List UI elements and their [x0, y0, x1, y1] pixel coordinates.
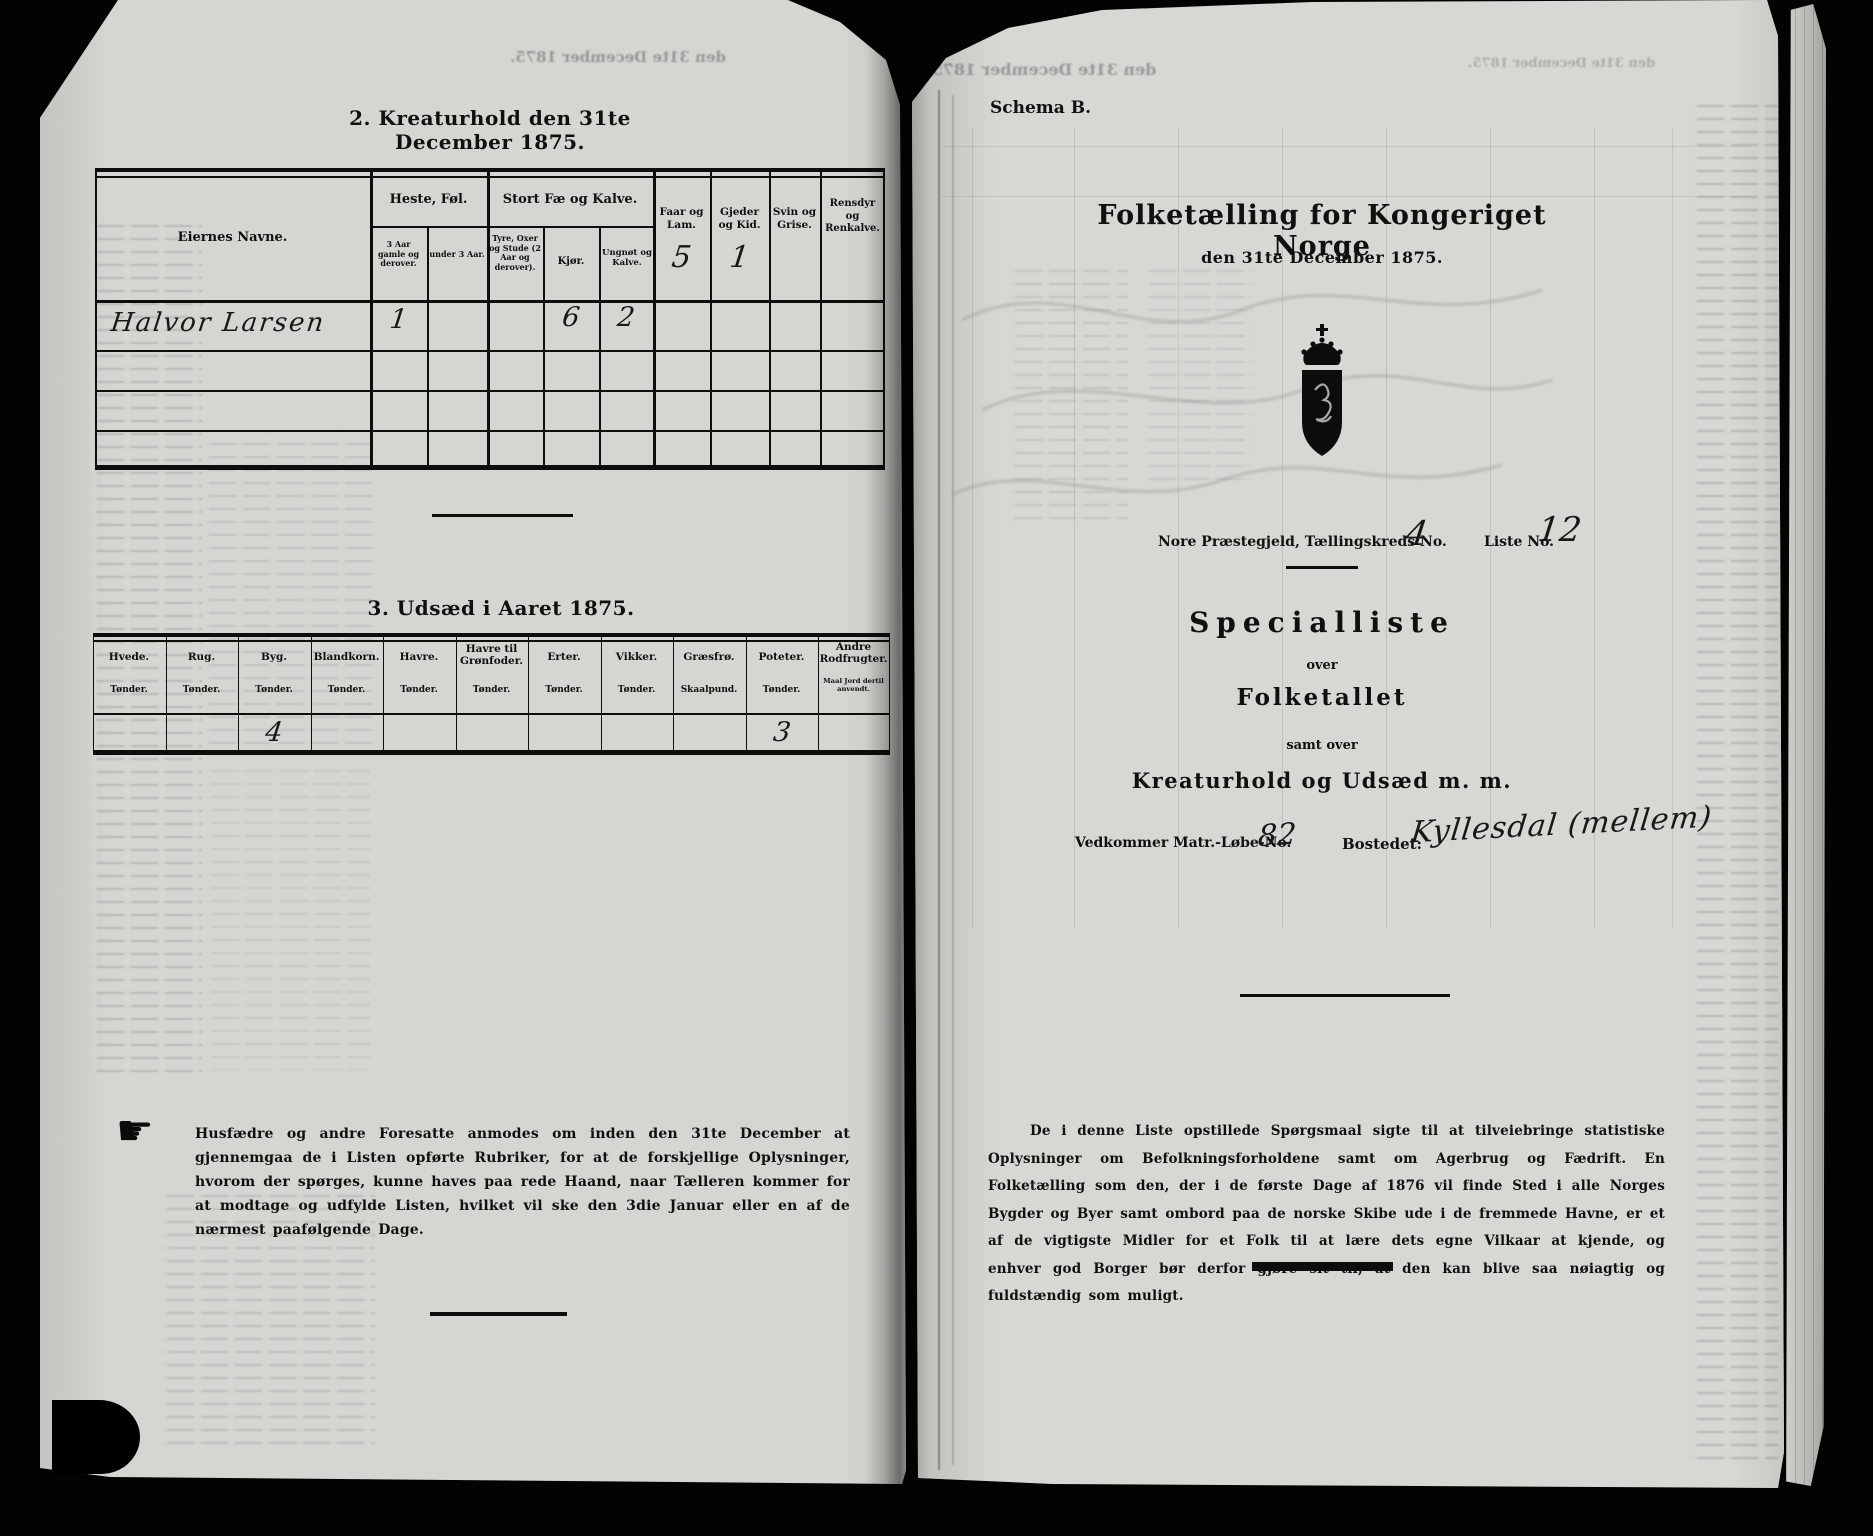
seed-col-name: Havre.	[383, 651, 455, 663]
bottom-thick-bar	[1252, 1262, 1393, 1271]
seed-col-unit: Tønder.	[383, 685, 455, 695]
seed-col-name: Poteter.	[746, 651, 818, 663]
cattle-group-header: Stort Fæ og Kalve.	[487, 192, 653, 207]
mid-page-rule	[1240, 994, 1450, 997]
seed-col-name: Hvede.	[93, 651, 165, 663]
cattle-sub-header: Kjør.	[543, 256, 599, 267]
schema-label: Schema B.	[990, 98, 1091, 118]
ghost-bleedthrough-text: den 31te December 1875.	[510, 48, 726, 66]
seed-col-name: Vikker.	[601, 651, 673, 663]
kreaturhold-heading: Kreaturhold og Udsæd m. m.	[1072, 768, 1572, 793]
ghost-bleedthrough-text: den 31te December 1875.	[1468, 56, 1655, 71]
handwritten-barley-value: 4	[236, 717, 312, 748]
sheep-column-header: Faar og Lam.	[655, 206, 708, 232]
right-page: den 31te December 1875. den 31te Decembe…	[912, 0, 1788, 1500]
seed-col-unit: Tønder.	[746, 685, 818, 695]
handwritten-cows-count: 6	[541, 302, 601, 333]
section-divider-rule	[432, 514, 573, 517]
bleedthrough-grid-line	[942, 146, 1752, 147]
book-scan: den 31te December 1875. 2. Kreaturhold d…	[0, 0, 1873, 1536]
cattle-sub-header: Ungnøt og Kalve.	[601, 248, 653, 268]
seed-col-unit: Tønder.	[456, 685, 528, 695]
samt-over-label: samt over	[1072, 738, 1572, 753]
grid-line	[427, 226, 429, 470]
seed-table-title: 3. Udsæd i Aaret 1875.	[301, 596, 701, 620]
page-curl-notch	[52, 1400, 140, 1474]
grid-line	[370, 226, 653, 228]
horse-sub-header: 3 Aar gamle og derover.	[372, 240, 425, 269]
handwritten-young-cattle-count: 2	[597, 302, 655, 333]
page-fold-line	[938, 90, 940, 1470]
grid-line	[95, 430, 885, 432]
handwritten-matrikkel-number: 82	[1257, 817, 1297, 855]
seed-col-name: Blandkorn.	[311, 651, 383, 663]
seed-col-unit: Tønder.	[93, 685, 165, 695]
pig-column-header: Svin og Grise.	[771, 206, 818, 232]
handwritten-residence-name: Kyllesdal (mellem)	[1409, 801, 1695, 851]
livestock-table-title: 2. Kreaturhold den 31te December 1875.	[290, 106, 690, 154]
seed-col-unit: Tønder.	[238, 685, 310, 695]
handwritten-horses-count: 1	[368, 304, 429, 335]
handwritten-list-number: 12	[1536, 510, 1584, 550]
grid-line	[95, 168, 97, 470]
coat-of-arms	[1290, 324, 1354, 472]
horse-sub-header: under 3 Aar.	[429, 250, 485, 260]
seed-col-name: Rug.	[166, 651, 238, 663]
grid-line	[93, 713, 890, 715]
grid-line	[93, 633, 890, 637]
handwritten-district-number: 4	[1404, 514, 1431, 554]
seed-col-unit: Tønder.	[166, 685, 238, 695]
handwritten-sheep-count: 5	[653, 240, 710, 275]
page-edge-stack	[1786, 4, 1826, 1486]
date-line: den 31te December 1875.	[1072, 248, 1572, 267]
info-paragraph: De i denne Liste opstillede Spørgsmaal s…	[988, 1118, 1665, 1311]
bleedthrough-grid-line	[942, 196, 1752, 197]
grid-line	[95, 350, 885, 352]
manicule-icon: ☛	[116, 1106, 154, 1155]
book-gutter-shadow	[866, 0, 930, 1500]
pen-stroke-line	[430, 1312, 567, 1316]
horse-group-header: Heste, Føl.	[370, 192, 487, 207]
seed-col-unit: Tønder.	[311, 685, 383, 695]
footer-note-text: Husfædre og andre Foresatte anmodes om i…	[195, 1122, 850, 1242]
seed-col-unit: Skaalpund.	[673, 685, 745, 695]
handwritten-owner-name: Halvor Larsen	[109, 308, 327, 338]
left-page: den 31te December 1875. 2. Kreaturhold d…	[40, 0, 912, 1500]
handwritten-potato-value: 3	[744, 717, 820, 748]
grid-line	[95, 168, 885, 172]
specialliste-heading: Specialliste	[1072, 606, 1572, 639]
ghost-bleedthrough-text: den 31te December 1875.	[926, 60, 1156, 79]
over-label: over	[1072, 658, 1572, 673]
seed-col-name: Græsfrø.	[673, 651, 745, 663]
seed-table: Hvede. Tønder. Rug. Tønder. Byg. Tønder.…	[93, 633, 890, 755]
livestock-table: Eiernes Navne. Heste, Føl. Stort Fæ og K…	[95, 168, 885, 470]
seed-col-name: Byg.	[238, 651, 310, 663]
cattle-sub-header: Tyre, Oxer og Stude (2 Aar og derover).	[489, 234, 541, 272]
seed-col-unit: Tønder.	[601, 685, 673, 695]
bleedthrough-column	[1690, 105, 1778, 1460]
grid-line	[487, 168, 490, 470]
owner-column-header: Eiernes Navne.	[95, 230, 370, 245]
grid-line	[95, 300, 885, 303]
bleedthrough-column	[205, 770, 370, 1070]
seed-col-name: Erter.	[528, 651, 600, 663]
grid-line	[95, 390, 885, 392]
goat-column-header: Gjeder og Kid.	[712, 206, 767, 232]
grid-line	[93, 640, 890, 642]
short-rule	[1286, 566, 1358, 569]
handwritten-goat-count: 1	[710, 240, 769, 275]
grid-line	[95, 465, 885, 470]
seed-col-name: Havre til Grønfoder.	[456, 643, 528, 667]
grid-line	[95, 176, 885, 178]
folketallet-heading: Folketallet	[1072, 684, 1572, 711]
ghost-handwriting-swirls	[942, 260, 1562, 550]
grid-line	[93, 750, 890, 755]
seed-col-unit: Tønder.	[528, 685, 600, 695]
